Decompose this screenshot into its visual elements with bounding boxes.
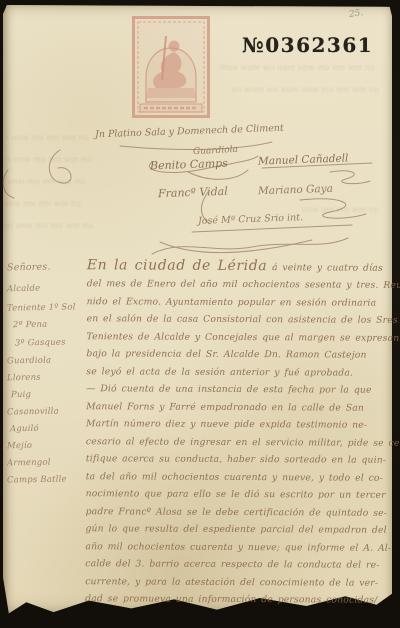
opening-rest: á veinte y cuatro días [267, 262, 383, 274]
body-line: Tenientes de Alcalde y Concejales que al… [86, 328, 394, 347]
margin-name: Llorens [7, 373, 41, 384]
body-line: currente, y para la atestación del conoc… [85, 573, 393, 592]
margin-name: Puig [11, 390, 31, 400]
body-line: calde del 3. barrio acerca respecto de l… [85, 555, 393, 574]
serial-number: №0362361 [242, 33, 373, 57]
margin-name: Armengol [7, 458, 51, 469]
body-line: nido el Excmo. Ayuntamiento popular en s… [87, 293, 395, 312]
body-line: gún lo que resulta del espediente parcia… [85, 520, 393, 539]
body-line: padre Francº Alosa se le debe certificac… [86, 503, 394, 522]
pencil-page-number: 25. [348, 8, 364, 20]
body-line: tifique acerca su conducta, haber sido s… [86, 450, 394, 469]
margin-header: Señores. [7, 262, 51, 274]
revenue-stamp [132, 16, 210, 118]
ink-bleedthrough: un mw nm um wnu mun uw muw num un mw [217, 63, 375, 72]
opening-words: En la ciudad de Lérida [87, 257, 267, 274]
body-line: en el salón de la casa Consistorial con … [87, 310, 395, 329]
margin-name: Guardiola [7, 356, 51, 367]
session-minutes-text: En la ciudad de Lérida á veinte y cuatro… [85, 255, 395, 609]
margin-name: Casanovilla [7, 407, 59, 418]
ink-bleedthrough: un mw nm um wnu mun uw muw num un mw [3, 221, 93, 230]
body-line: nocimiento que para ello se le dió su es… [86, 485, 394, 504]
body-line: del mes de Enero del año mil ochocientos… [87, 275, 395, 294]
margin-name: 3º Gasques [15, 338, 66, 349]
ink-bleedthrough: un mw nm um wnu mun uw muw num un mw [7, 133, 89, 142]
signature: Francº Vidal [158, 185, 228, 200]
document-photo-background: un mw nm um wnu mun uw muw num un mw un … [0, 0, 400, 628]
margin-name: Aguiló [10, 424, 39, 435]
body-line: Martín número diez y nueve pide expida t… [86, 415, 394, 434]
ink-bleedthrough: un mw nm um wnu mun uw muw num un mw [231, 85, 379, 94]
ink-bleedthrough: un mw nm um wnu mun uw muw num un mw [5, 155, 91, 164]
body-line: Manuel Forns y Farré empadronado en la c… [86, 398, 394, 417]
body-line: En la ciudad de Lérida á veinte y cuatro… [87, 255, 395, 277]
margin-name: Mejío [7, 441, 32, 451]
ink-bleedthrough: un mw nm um wnu mun uw muw num un mw [3, 199, 81, 208]
margin-name: Teniente 1º Sol [7, 302, 76, 313]
body-line: bajo la presidencia del Sr. Alcalde Dn. … [86, 345, 394, 364]
ink-bleedthrough: un mw nm um wnu mun uw muw num un mw [299, 205, 379, 214]
body-line: cesario al efecto de ingresar en el serv… [86, 433, 394, 452]
body-line: año mil ochocientos cuarenta y nueve; qu… [85, 538, 393, 557]
body-line: dad se promueva una información de perso… [85, 590, 393, 609]
margin-name: Camps Batlle [7, 474, 67, 485]
signature: Benito Camps [150, 157, 228, 173]
margin-name: Alcalde [7, 284, 40, 295]
body-line: ta del año mil ochocientos cuarenta y nu… [86, 468, 394, 487]
body-line: — Dió cuenta de una instancia de esta fe… [86, 380, 394, 399]
ink-bleedthrough: un mw nm um wnu mun uw muw num un mw [3, 177, 85, 186]
body-line: se leyó el acta de la sesión anterior y … [86, 363, 394, 382]
margin-name: 2º Pena [13, 320, 48, 331]
